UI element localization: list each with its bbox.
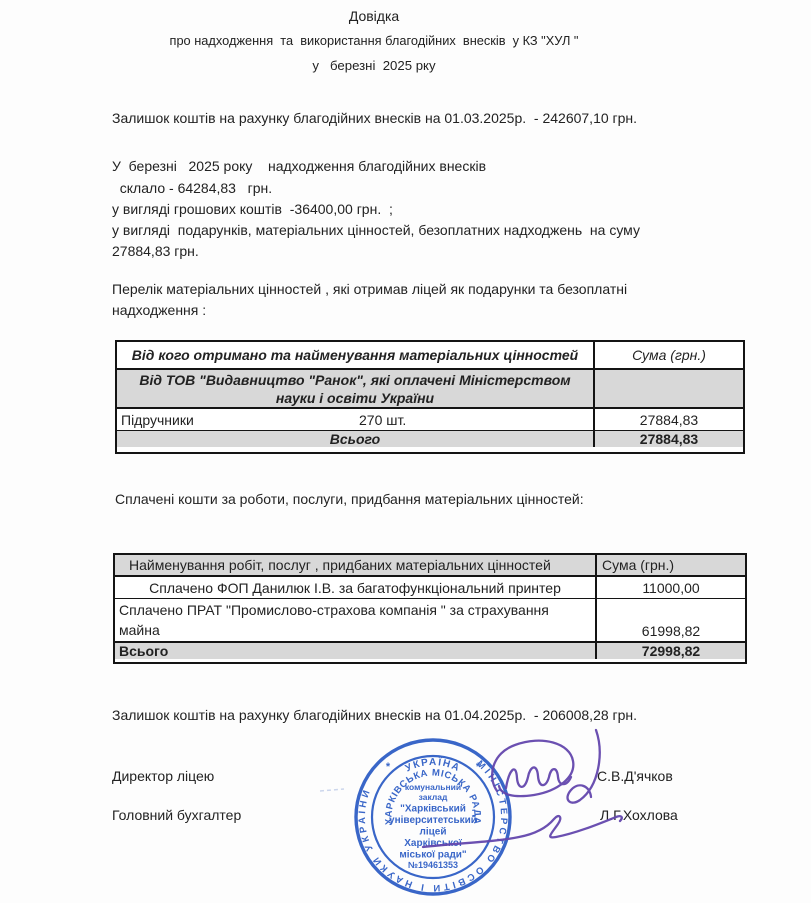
list-intro-line-2: надходження : (112, 302, 206, 319)
stamp-inner-circle (372, 756, 494, 878)
stamp-left-star: * (386, 761, 391, 773)
document-subtitle: про надходження та використання благодій… (0, 33, 748, 48)
received-sum-header: Сума (грн.) (595, 342, 743, 368)
ukraina-arc-text: УКРАЇНА (404, 755, 463, 774)
table-header-row: Від кого отримано та найменування матері… (117, 342, 743, 370)
ministry-ring-text: МІНІСТЕРСТВО ОСВІТИ І НАУКИ УКРАЇНИ (357, 758, 509, 893)
accountant-name: Л.Г.Хохлова (600, 807, 678, 824)
paid-works-table: Найменування робіт, послуг , придбаних м… (113, 553, 747, 664)
stamp-center-text: комунальний заклад "Харківський універси… (389, 782, 477, 870)
item-quantity: 270 шт. (359, 412, 406, 428)
income-line-1: У березні 2025 року надходження благодій… (112, 158, 486, 175)
stamp-center-line: міської ради" (399, 850, 467, 861)
director-title: Директор ліцею (112, 768, 214, 785)
list-intro-line-1: Перелік матеріальних цінностей , які отр… (112, 281, 627, 298)
accountant-title: Головний бухгалтер (112, 807, 241, 824)
accountant-signature-stroke (423, 816, 622, 847)
total-row: Всього 72998,82 (115, 643, 745, 659)
printer-sum: 11000,00 (597, 577, 745, 598)
stamp-center-line: комунальний (405, 782, 461, 792)
stamp-outer-circle (356, 740, 510, 894)
received-values-table: Від кого отримано та найменування матері… (115, 340, 745, 454)
insurance-line-1: Сплачено ПРАТ "Промислово-страхова компа… (119, 600, 549, 620)
source-sum-cell-empty (595, 370, 743, 407)
income-line-3: у вигляді грошових коштів -36400,00 грн.… (112, 201, 393, 218)
insurance-line-2: майна (119, 620, 160, 640)
paid-sum-header: Сума (грн.) (597, 555, 745, 575)
stamp-center-line: Харківської (404, 838, 462, 849)
total-sum: 72998,82 (597, 643, 745, 659)
stamp-outer-ring-text: МІНІСТЕРСТВО ОСВІТИ І НАУКИ УКРАЇНИ (357, 758, 509, 893)
insurance-sum: 61998,82 (597, 599, 745, 641)
rada-arc-text: ХАРКІВСЬКА МІСЬКА РАДА (383, 767, 482, 825)
opening-balance-line: Залишок коштів на рахунку благодійних вн… (112, 110, 637, 127)
income-line-5: 27884,83 грн. (112, 243, 199, 260)
total-sum: 27884,83 (595, 431, 743, 447)
stamp-center-line: №19461353 (408, 860, 458, 870)
printer-row: Сплачено ФОП Данилюк І.В. за багатофункц… (115, 577, 745, 599)
item-name: Підручники (121, 412, 194, 428)
insurance-row: Сплачено ПРАТ "Промислово-страхова компа… (115, 599, 745, 643)
source-row: Від ТОВ "Видавництво "Ранок", які оплаче… (117, 370, 743, 409)
director-signature-loop (492, 741, 573, 796)
received-values-header: Від кого отримано та найменування матері… (117, 342, 595, 368)
item-cell: Підручники 270 шт. (117, 409, 595, 430)
document-period-line: у березні 2025 рку (0, 58, 748, 73)
paid-funds-intro: Сплачені кошти за роботи, послуги, придб… (115, 491, 584, 508)
scan-artifact-mark (320, 789, 344, 791)
item-row: Підручники 270 шт. 27884,83 (117, 409, 743, 431)
item-sum: 27884,83 (595, 409, 743, 430)
stamp-center-line: заклад (419, 792, 448, 802)
total-label: Всього (117, 431, 595, 447)
income-line-4: у вигляді подарунків, матеріальних цінно… (112, 222, 640, 239)
document-title: Довідка (0, 8, 748, 24)
stamp-ukraina-arc: УКРАЇНА (404, 755, 463, 774)
stamp-center-line: ліцей (420, 827, 447, 838)
table-header-row: Найменування робіт, послуг , придбаних м… (115, 555, 745, 577)
insurance-payment: Сплачено ПРАТ "Промислово-страхова компа… (115, 599, 597, 641)
stamp-rada-arc: ХАРКІВСЬКА МІСЬКА РАДА (383, 767, 482, 825)
director-name: С.В.Д'ячков (597, 768, 673, 785)
scanned-certificate-document: Довідка про надходження та використання … (0, 0, 811, 903)
director-signature-flourish (568, 730, 600, 803)
director-signature-scribble (506, 767, 571, 788)
stamp-right-star: * (476, 761, 481, 773)
official-stamp: МІНІСТЕРСТВО ОСВІТИ І НАУКИ УКРАЇНИ * * … (356, 740, 510, 894)
stamp-center-line: "Харківський (400, 804, 466, 815)
source-line-1: Від ТОВ "Видавництво "Ранок", які оплаче… (139, 371, 570, 389)
printer-payment: Сплачено ФОП Данилюк І.В. за багатофункц… (115, 577, 597, 598)
closing-balance-line: Залишок коштів на рахунку благодійних вн… (112, 707, 637, 724)
paid-works-header: Найменування робіт, послуг , придбаних м… (115, 555, 597, 575)
income-line-2: склало - 64284,83 грн. (112, 180, 272, 197)
source-cell: Від ТОВ "Видавництво "Ранок", які оплаче… (117, 370, 595, 407)
stamp-center-line: університетський (389, 815, 477, 826)
total-row: Всього 27884,83 (117, 431, 743, 447)
source-line-2: науки і освіти України (276, 389, 434, 407)
total-label: Всього (115, 643, 597, 659)
